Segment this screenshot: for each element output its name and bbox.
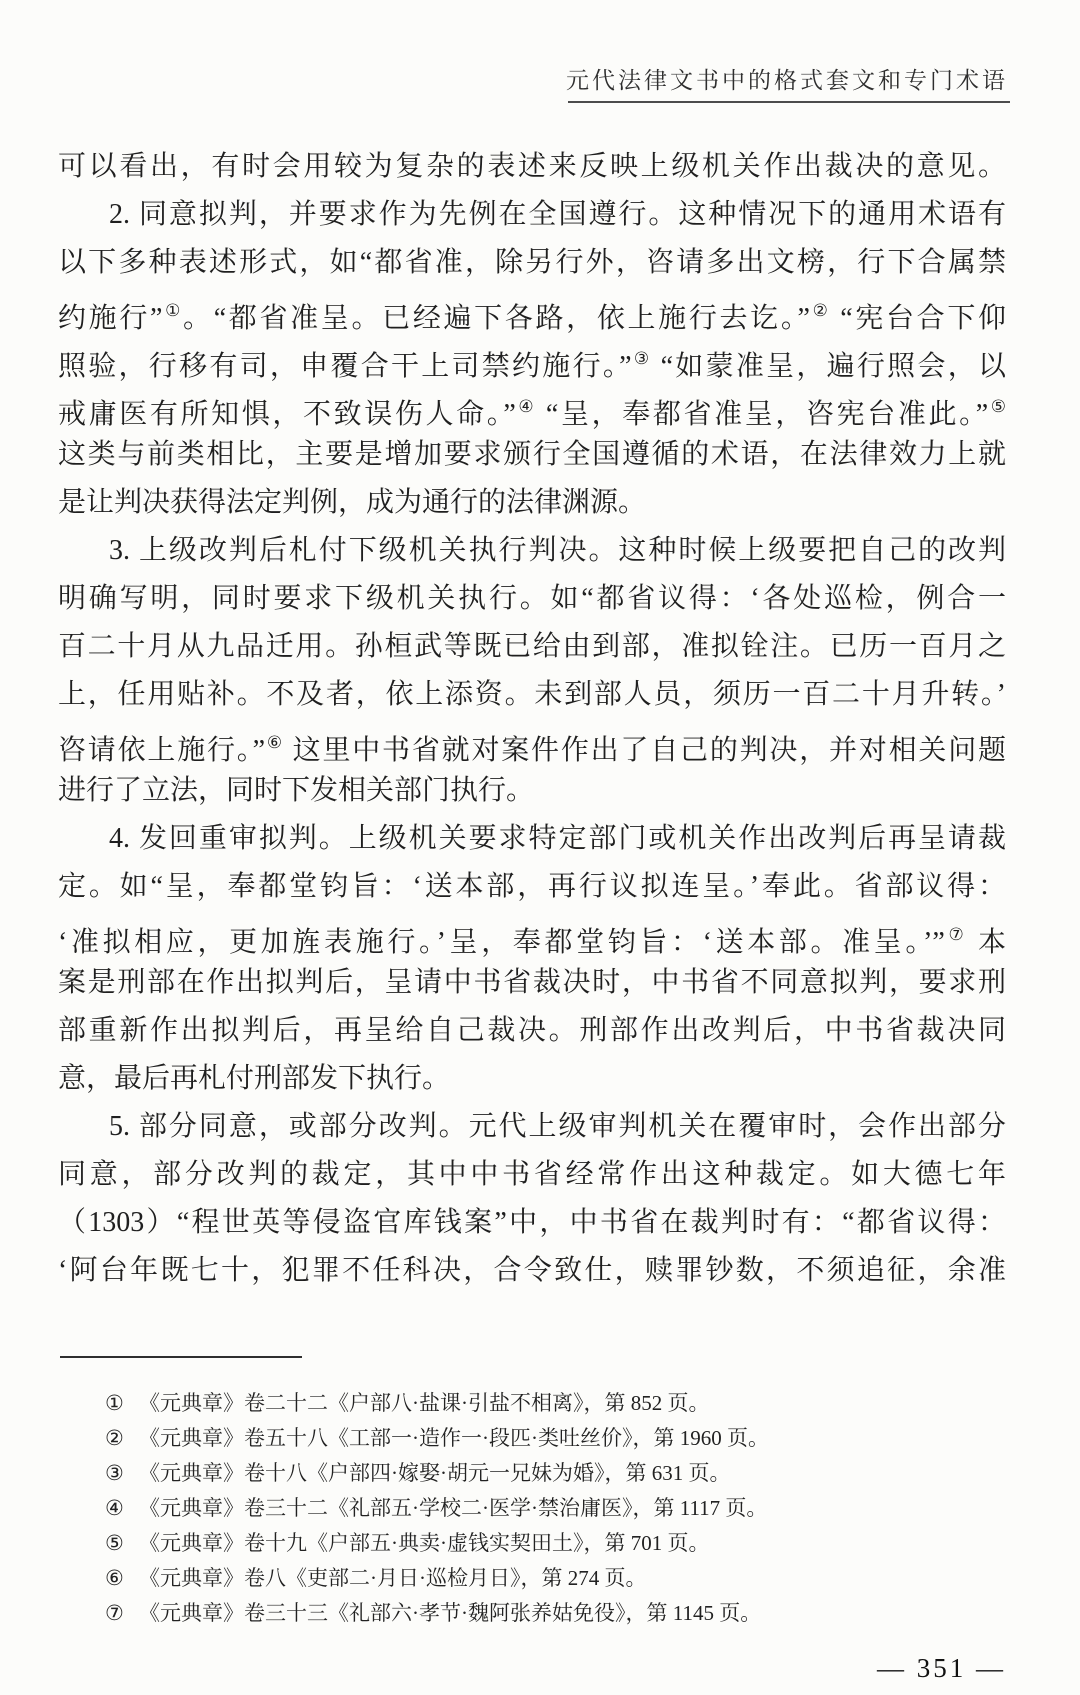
body-line-text: 这里中书省就对案件作出了自己的判决，并对相关问题	[284, 735, 1006, 766]
body-line: 明确写明，同时要求下级机关执行。如“都省议得：‘各处巡检，例合一	[58, 575, 1006, 623]
body-line-text: 照验，行移有司，申覆合干上司禁约施行。”	[58, 351, 632, 382]
body-line: 百二十月从九品迁用。孙桓武等既已给由到部，准拟铨注。已历一百月之	[58, 623, 1006, 671]
body-line-text: 约施行”	[58, 303, 162, 334]
body-line: （1303）“程世英等侵盗官库钱案”中，中书省在裁判时有：“都省议得：	[58, 1199, 1006, 1247]
footnote-ref: ⑥	[265, 733, 284, 752]
body-line: 约施行”①。“都省准呈。已经遍下各路，依上施行去讫。”② “宪台合下仰	[58, 287, 1006, 335]
footnote-ref: ①	[162, 301, 183, 320]
body-line: 5. 部分同意，或部分改判。元代上级审判机关在覆审时，会作出部分	[58, 1103, 1006, 1151]
body-line: 案是刑部在作出拟判后，呈请中书省裁决时，中书省不同意拟判，要求刑	[58, 959, 1006, 1007]
body-line-text: 5. 部分同意，或部分改判。元代上级审判机关在覆审时，会作出部分	[109, 1111, 1006, 1142]
page-number: — 351 —	[877, 1653, 1006, 1684]
footnote-item: ③《元典章》卷十八《户部四·嫁娶·胡元一兄妹为婚》，第 631 页。	[58, 1456, 1008, 1491]
body-line-text: 。“都省准呈。已经遍下各路，依上施行去讫。”	[183, 303, 810, 334]
body-line-text: “宪台合下仰	[831, 303, 1006, 334]
footnotes: ①《元典章》卷二十二《户部八·盐课·引盐不相离》，第 852 页。②《元典章》卷…	[58, 1386, 1008, 1631]
body-line: 是让判决获得法定判例，成为通行的法律渊源。	[58, 479, 1006, 527]
footnote-marker: ④	[105, 1491, 139, 1526]
body-line-text: 4. 发回重审拟判。上级机关要求特定部门或机关作出改判后再呈请裁	[109, 823, 1006, 854]
body-line-text: ‘准拟相应，更加旌表施行。’呈，奉都堂钧旨：‘送本部。准呈。’”	[58, 927, 945, 958]
body-line: 部重新作出拟判后，再呈给自己裁决。刑部作出改判后，中书省裁决同	[58, 1007, 1006, 1055]
book-page: 元代法律文书中的格式套文和专门术语 可以看出，有时会用较为复杂的表述来反映上级机…	[0, 0, 1080, 1695]
body-line: 同意，部分改判的裁定，其中中书省经常作出这种裁定。如大德七年	[58, 1151, 1006, 1199]
footnote-text: 《元典章》卷十八《户部四·嫁娶·胡元一兄妹为婚》，第 631 页。	[139, 1456, 1008, 1491]
footnote-marker: ②	[105, 1421, 139, 1456]
body-line-text: 同意，部分改判的裁定，其中中书省经常作出这种裁定。如大德七年	[58, 1159, 1006, 1190]
footnote-text: 《元典章》卷十九《户部五·典卖·虚钱实契田土》，第 701 页。	[139, 1526, 1008, 1561]
body-line-text: 意，最后再札付刑部发下执行。	[58, 1063, 450, 1094]
footnote-item: ②《元典章》卷五十八《工部一·造作一·段匹·类吐丝价》，第 1960 页。	[58, 1421, 1008, 1456]
body-line-text: 这类与前类相比，主要是增加要求颁行全国遵循的术语，在法律效力上就	[58, 439, 1006, 470]
body-line-text: ‘阿台年既七十，犯罪不任科决，合令致仕，赎罪钞数，不须追征，余准	[58, 1255, 1006, 1286]
footnote-separator	[60, 1356, 302, 1358]
footnote-text: 《元典章》卷八《吏部二·月日·巡检月日》，第 274 页。	[139, 1561, 1008, 1596]
footnote-text: 《元典章》卷五十八《工部一·造作一·段匹·类吐丝价》，第 1960 页。	[139, 1421, 1008, 1456]
body-line-text: 案是刑部在作出拟判后，呈请中书省裁决时，中书省不同意拟判，要求刑	[58, 967, 1006, 998]
body-line-text: 咨请依上施行。”	[58, 735, 265, 766]
footnote-marker: ⑦	[105, 1596, 139, 1631]
footnote-marker: ⑥	[105, 1561, 139, 1596]
body-line-text: 上，任用贴补。不及者，依上添资。未到部人员，须历一百二十月升转。’	[58, 679, 1006, 710]
body-line-text: 可以看出，有时会用较为复杂的表述来反映上级机关作出裁决的意见。	[58, 151, 1006, 182]
footnote-marker: ⑤	[105, 1526, 139, 1561]
footnote-ref: ③	[632, 349, 652, 368]
body-line: 定。如“呈，奉都堂钧旨：‘送本部，再行议拟连呈。’奉此。省部议得：	[58, 863, 1006, 911]
footnote-marker: ③	[105, 1456, 139, 1491]
body-line: ‘准拟相应，更加旌表施行。’呈，奉都堂钧旨：‘送本部。准呈。’”⑦ 本	[58, 911, 1006, 959]
body-line: 4. 发回重审拟判。上级机关要求特定部门或机关作出改判后再呈请裁	[58, 815, 1006, 863]
body-line-text: 进行了立法，同时下发相关部门执行。	[58, 775, 534, 806]
body-line-text: 是让判决获得法定判例，成为通行的法律渊源。	[58, 487, 646, 518]
body-line: 可以看出，有时会用较为复杂的表述来反映上级机关作出裁决的意见。	[58, 143, 1006, 191]
body-line-text: 以下多种表述形式，如“都省准，除另行外，咨请多出文榜，行下合属禁	[58, 247, 1006, 278]
footnote-ref: ⑤	[988, 397, 1006, 416]
body-line: 上，任用贴补。不及者，依上添资。未到部人员，须历一百二十月升转。’	[58, 671, 1006, 719]
body-text: 可以看出，有时会用较为复杂的表述来反映上级机关作出裁决的意见。2. 同意拟判，并…	[58, 143, 1006, 1295]
footnote-text: 《元典章》卷二十二《户部八·盐课·引盐不相离》，第 852 页。	[139, 1386, 1008, 1421]
body-line: 意，最后再札付刑部发下执行。	[58, 1055, 1006, 1103]
body-line-text: 部重新作出拟判后，再呈给自己裁决。刑部作出改判后，中书省裁决同	[58, 1015, 1006, 1046]
body-line: 3. 上级改判后札付下级机关执行判决。这种时候上级要把自己的改判	[58, 527, 1006, 575]
body-line-text: 3. 上级改判后札付下级机关执行判决。这种时候上级要把自己的改判	[109, 535, 1006, 566]
footnote-item: ④《元典章》卷三十二《礼部五·学校二·医学·禁治庸医》，第 1117 页。	[58, 1491, 1008, 1526]
body-line-text: “呈，奉都省准呈，咨宪台准此。”	[536, 399, 988, 430]
body-line: 这类与前类相比，主要是增加要求颁行全国遵循的术语，在法律效力上就	[58, 431, 1006, 479]
body-line: ‘阿台年既七十，犯罪不任科决，合令致仕，赎罪钞数，不须追征，余准	[58, 1247, 1006, 1295]
body-line-text: 本	[967, 927, 1006, 958]
body-line-text: 明确写明，同时要求下级机关执行。如“都省议得：‘各处巡检，例合一	[58, 583, 1006, 614]
footnote-ref: ②	[810, 301, 831, 320]
body-line: 以下多种表述形式，如“都省准，除另行外，咨请多出文榜，行下合属禁	[58, 239, 1006, 287]
footnote-item: ①《元典章》卷二十二《户部八·盐课·引盐不相离》，第 852 页。	[58, 1386, 1008, 1421]
footnote-ref: ④	[516, 397, 537, 416]
body-line-text: 戒庸医有所知惧，不致误伤人命。”	[58, 399, 516, 430]
footnote-item: ⑦《元典章》卷三十三《礼部六·孝节·魏阿张养姑免役》，第 1145 页。	[58, 1596, 1008, 1631]
body-line-text: “如蒙准呈，遍行照会，以	[651, 351, 1006, 382]
footnote-item: ⑥《元典章》卷八《吏部二·月日·巡检月日》，第 274 页。	[58, 1561, 1008, 1596]
footnote-ref: ⑦	[945, 925, 968, 944]
body-line-text: （1303）“程世英等侵盗官库钱案”中，中书省在裁判时有：“都省议得：	[58, 1207, 1006, 1238]
header-rule	[568, 101, 1010, 103]
footnote-text: 《元典章》卷三十二《礼部五·学校二·医学·禁治庸医》，第 1117 页。	[139, 1491, 1008, 1526]
body-line: 咨请依上施行。”⑥ 这里中书省就对案件作出了自己的判决，并对相关问题	[58, 719, 1006, 767]
footnote-item: ⑤《元典章》卷十九《户部五·典卖·虚钱实契田土》，第 701 页。	[58, 1526, 1008, 1561]
footnote-text: 《元典章》卷三十三《礼部六·孝节·魏阿张养姑免役》，第 1145 页。	[139, 1596, 1008, 1631]
body-line: 2. 同意拟判，并要求作为先例在全国遵行。这种情况下的通用术语有	[58, 191, 1006, 239]
body-line: 戒庸医有所知惧，不致误伤人命。”④ “呈，奉都省准呈，咨宪台准此。”⑤	[58, 383, 1006, 431]
body-line: 照验，行移有司，申覆合干上司禁约施行。”③ “如蒙准呈，遍行照会，以	[58, 335, 1006, 383]
running-header-title: 元代法律文书中的格式套文和专门术语	[566, 62, 1008, 95]
footnote-marker: ①	[105, 1386, 139, 1421]
body-line: 进行了立法，同时下发相关部门执行。	[58, 767, 1006, 815]
body-line-text: 百二十月从九品迁用。孙桓武等既已给由到部，准拟铨注。已历一百月之	[58, 631, 1006, 662]
body-line-text: 定。如“呈，奉都堂钧旨：‘送本部，再行议拟连呈。’奉此。省部议得：	[58, 871, 1006, 902]
body-line-text: 2. 同意拟判，并要求作为先例在全国遵行。这种情况下的通用术语有	[109, 199, 1006, 230]
